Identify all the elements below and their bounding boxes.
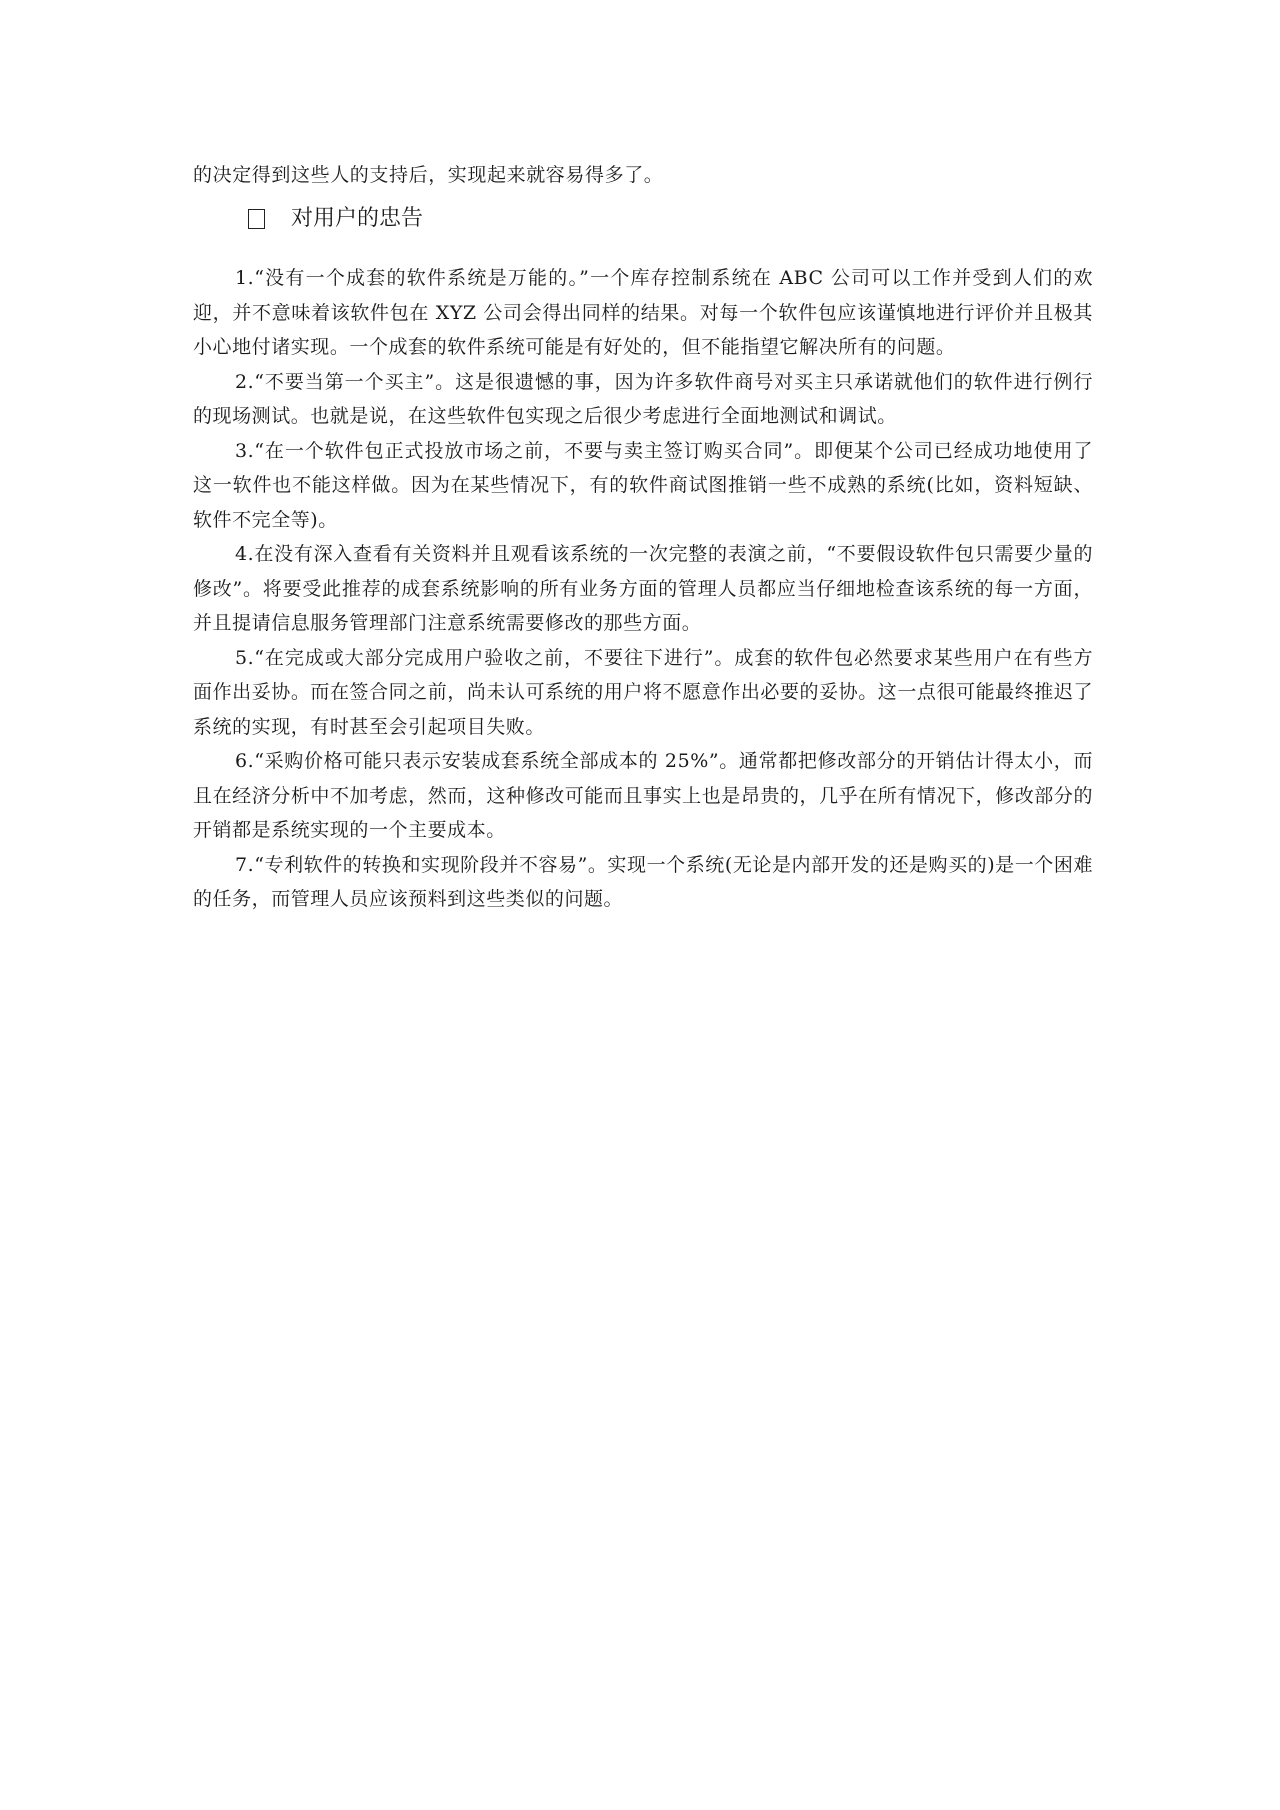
advice-paragraph-4: 4.在没有深入查看有关资料并且观看该系统的一次完整的表演之前，“不要假设软件包只… bbox=[193, 537, 1093, 641]
section-title: 对用户的忠告 bbox=[291, 201, 423, 237]
advice-paragraph-7: 7.“专利软件的转换和实现阶段并不容易”。实现一个系统(无论是内部开发的还是购买… bbox=[193, 848, 1093, 917]
advice-paragraph-5: 5.“在完成或大部分完成用户验收之前，不要往下进行”。成套的软件包必然要求某些用… bbox=[193, 641, 1093, 745]
advice-paragraph-3: 3.“在一个软件包正式投放市场之前，不要与卖主签订购买合同”。即便某个公司已经成… bbox=[193, 434, 1093, 538]
document-page: 的决定得到这些人的支持后，实现起来就容易得多了。 对用户的忠告 1.“没有一个成… bbox=[193, 158, 1093, 917]
advice-paragraph-2: 2.“不要当第一个买主”。这是很遗憾的事，因为许多软件商号对买主只承诺就他们的软… bbox=[193, 365, 1093, 434]
advice-paragraph-6: 6.“采购价格可能只表示安装成套系统全部成本的 25%”。通常都把修改部分的开销… bbox=[193, 744, 1093, 848]
section-heading: 对用户的忠告 bbox=[193, 201, 1093, 237]
advice-paragraph-1: 1.“没有一个成套的软件系统是万能的。”一个库存控制系统在 ABC 公司可以工作… bbox=[193, 261, 1093, 365]
continuation-text: 的决定得到这些人的支持后，实现起来就容易得多了。 bbox=[193, 158, 1093, 192]
checkbox-square-icon bbox=[248, 209, 265, 229]
